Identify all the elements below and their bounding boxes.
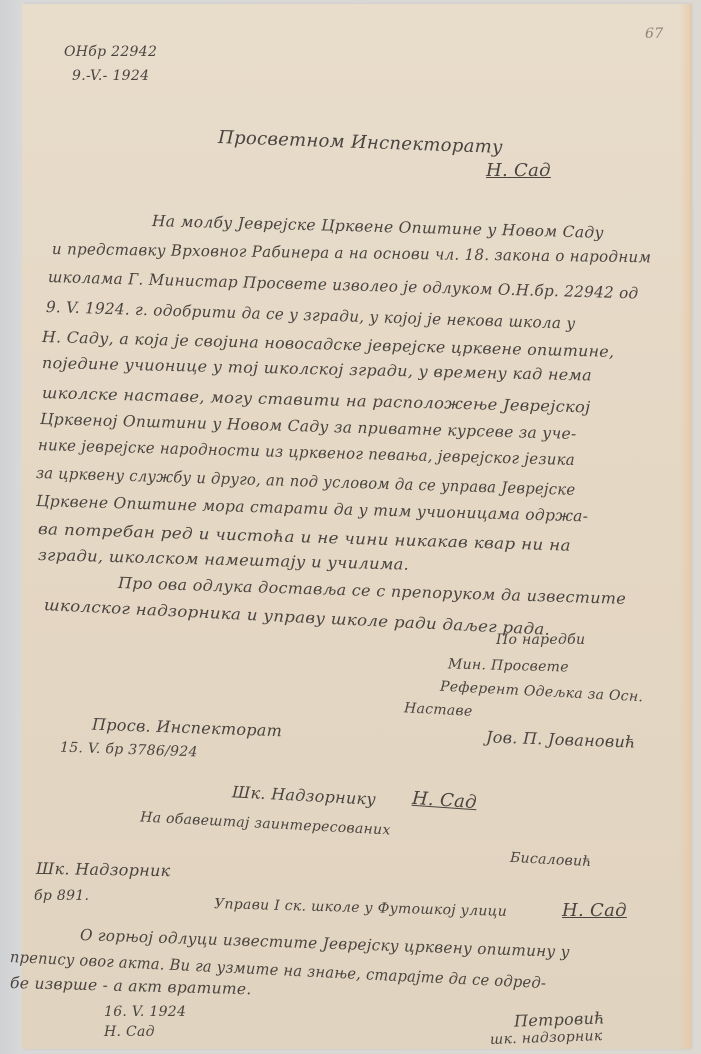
supervisor-date: 16. V. 1924 bbox=[104, 1004, 186, 1020]
supervisor-ref: бр 891. bbox=[34, 888, 89, 904]
addressee-place: Н. Сад bbox=[486, 160, 551, 181]
supervisor-signature: Петровић bbox=[514, 1008, 605, 1030]
supervisor-title: Шк. Надзорник bbox=[36, 859, 171, 880]
inspectorate-place: Н. Сад bbox=[411, 788, 477, 813]
signature-line: Мин. Просвете bbox=[448, 656, 569, 675]
paper-edge bbox=[680, 4, 690, 1049]
reference-number: ОНбр 22942 bbox=[64, 44, 157, 60]
supervisor-place: Н. Сад bbox=[562, 900, 627, 921]
supervisor-date-place: Н. Сад bbox=[104, 1024, 155, 1040]
reference-date: 9.-V.- 1924 bbox=[72, 68, 149, 84]
signature-line: По наредби bbox=[496, 632, 585, 648]
page-number: 67 bbox=[645, 26, 663, 42]
